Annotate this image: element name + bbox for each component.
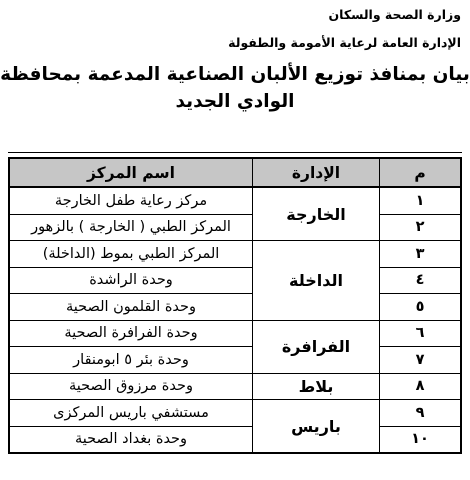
document-title-line2: الوادي الجديد <box>0 88 470 115</box>
divider-rule <box>8 152 462 153</box>
row-number-cell: ٢ <box>380 214 462 241</box>
table-row: ٢ المركز الطبي ( الخارجة ) بالزهور <box>9 214 461 241</box>
center-name-cell: مستشفي باريس المركزى <box>9 400 253 427</box>
table-row: ٨ بلاط وحدة مرزوق الصحية <box>9 373 461 400</box>
center-name-cell: وحدة بئر ٥ ابومنقار <box>9 347 253 374</box>
column-header-number: م <box>380 158 462 187</box>
table-row: ١٠ وحدة بغداد الصحية <box>9 426 461 453</box>
administration-cell: الخارجة <box>253 187 380 241</box>
document-title-line1: بيان بمنافذ توزيع الألبان الصناعية المدع… <box>0 61 470 88</box>
document-page: { "letterhead": { "line1": "وزارة الصحة … <box>0 0 470 480</box>
row-number-cell: ٦ <box>380 320 462 347</box>
row-number-cell: ١٠ <box>380 426 462 453</box>
row-number-cell: ٤ <box>380 267 462 294</box>
table-row: ٣ الداخلة المركز الطبي بموط (الداخلة) <box>9 241 461 268</box>
table-row: ١ الخارجة مركز رعاية طفل الخارجة <box>9 187 461 214</box>
distribution-outlets-table: م الإدارة اسم المركز ١ الخارجة مركز رعاي… <box>8 157 462 454</box>
center-name-cell: المركز الطبي ( الخارجة ) بالزهور <box>9 214 253 241</box>
document-title: بيان بمنافذ توزيع الألبان الصناعية المدع… <box>0 61 470 115</box>
row-number-cell: ١ <box>380 187 462 214</box>
table-row: ٩ باريس مستشفي باريس المركزى <box>9 400 461 427</box>
administration-cell: باريس <box>253 400 380 454</box>
row-number-cell: ٧ <box>380 347 462 374</box>
center-name-cell: مركز رعاية طفل الخارجة <box>9 187 253 214</box>
table-row: ٦ الفرافرة وحدة الفرافرة الصحية <box>9 320 461 347</box>
center-name-cell: وحدة الفرافرة الصحية <box>9 320 253 347</box>
center-name-cell: وحدة بغداد الصحية <box>9 426 253 453</box>
letterhead: وزارة الصحة والسكان الإدارة العامة لرعاي… <box>0 0 470 50</box>
row-number-cell: ٩ <box>380 400 462 427</box>
table-row: ٤ وحدة الراشدة <box>9 267 461 294</box>
center-name-cell: المركز الطبي بموط (الداخلة) <box>9 241 253 268</box>
administration-cell: الفرافرة <box>253 320 380 373</box>
column-header-center-name: اسم المركز <box>9 158 253 187</box>
table-row: ٥ وحدة القلمون الصحية <box>9 294 461 321</box>
row-number-cell: ٣ <box>380 241 462 268</box>
row-number-cell: ٨ <box>380 373 462 400</box>
column-header-administration: الإدارة <box>253 158 380 187</box>
administration-cell: بلاط <box>253 373 380 400</box>
ministry-name: وزارة الصحة والسكان <box>0 7 461 22</box>
table-row: ٧ وحدة بئر ٥ ابومنقار <box>9 347 461 374</box>
center-name-cell: وحدة القلمون الصحية <box>9 294 253 321</box>
table-header-row: م الإدارة اسم المركز <box>9 158 461 187</box>
center-name-cell: وحدة الراشدة <box>9 267 253 294</box>
center-name-cell: وحدة مرزوق الصحية <box>9 373 253 400</box>
administration-cell: الداخلة <box>253 241 380 321</box>
administration-name: الإدارة العامة لرعاية الأمومة والطفولة <box>0 35 461 50</box>
row-number-cell: ٥ <box>380 294 462 321</box>
